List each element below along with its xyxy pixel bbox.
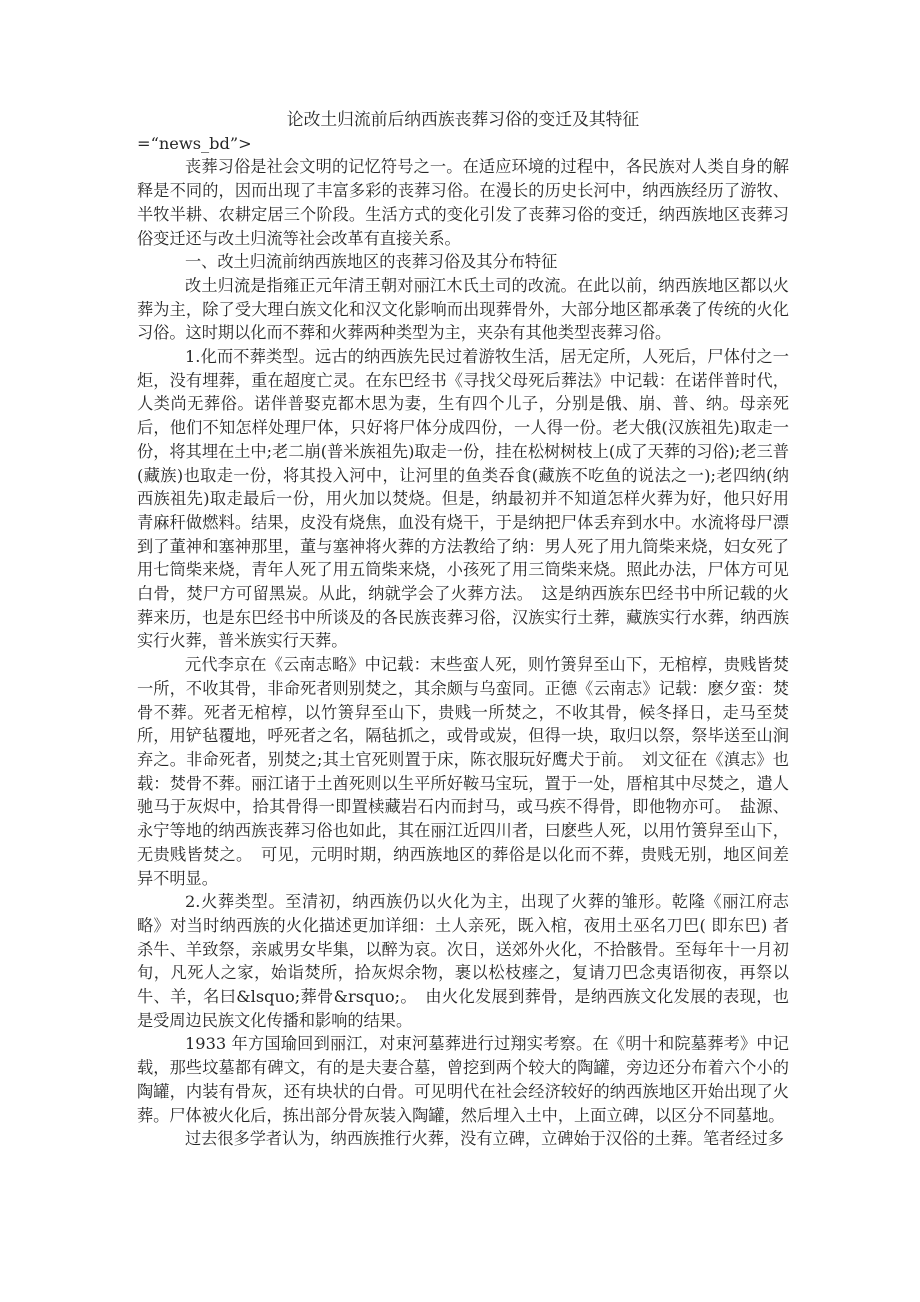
paragraph: 过去很多学者认为，纳西族推行火葬，没有立碑，立碑始于汉俗的土葬。笔者经过多 <box>137 1127 789 1151</box>
document-title: 论改土归流前后纳西族丧葬习俗的变迁及其特征 <box>137 108 789 132</box>
paragraph: 元代李京在《云南志略》中记载：末些蛮人死，则竹箦舁至山下，无棺椁，贵贱皆焚一所，… <box>137 653 789 890</box>
paragraph: 丧葬习俗是社会文明的记忆符号之一。在适应环境的过程中，各民族对人类自身的解释是不… <box>137 155 789 250</box>
paragraph: 2.火葬类型。至清初，纳西族仍以火化为主，出现了火葬的雏形。乾隆《丽江府志略》对… <box>137 890 789 1032</box>
meta-text-line: =“news_bd”> <box>137 132 789 156</box>
paragraph: 1.化而不葬类型。远古的纳西族先民过着游牧生活，居无定所，人死后，尸体付之一炬，… <box>137 345 789 653</box>
article-body: 丧葬习俗是社会文明的记忆符号之一。在适应环境的过程中，各民族对人类自身的解释是不… <box>137 155 789 1151</box>
paragraph: 1933 年方国瑜回到丽江，对束河墓葬进行过翔实考察。在《明十和院墓葬考》中记载… <box>137 1032 789 1127</box>
paragraph: 一、改土归流前纳西族地区的丧葬习俗及其分布特征 <box>137 250 789 274</box>
document-page: 论改土归流前后纳西族丧葬习俗的变迁及其特征 =“news_bd”> 丧葬习俗是社… <box>0 0 920 1302</box>
paragraph: 改土归流是指雍正元年清王朝对丽江木氏土司的改流。在此以前，纳西族地区都以火葬为主… <box>137 274 789 345</box>
